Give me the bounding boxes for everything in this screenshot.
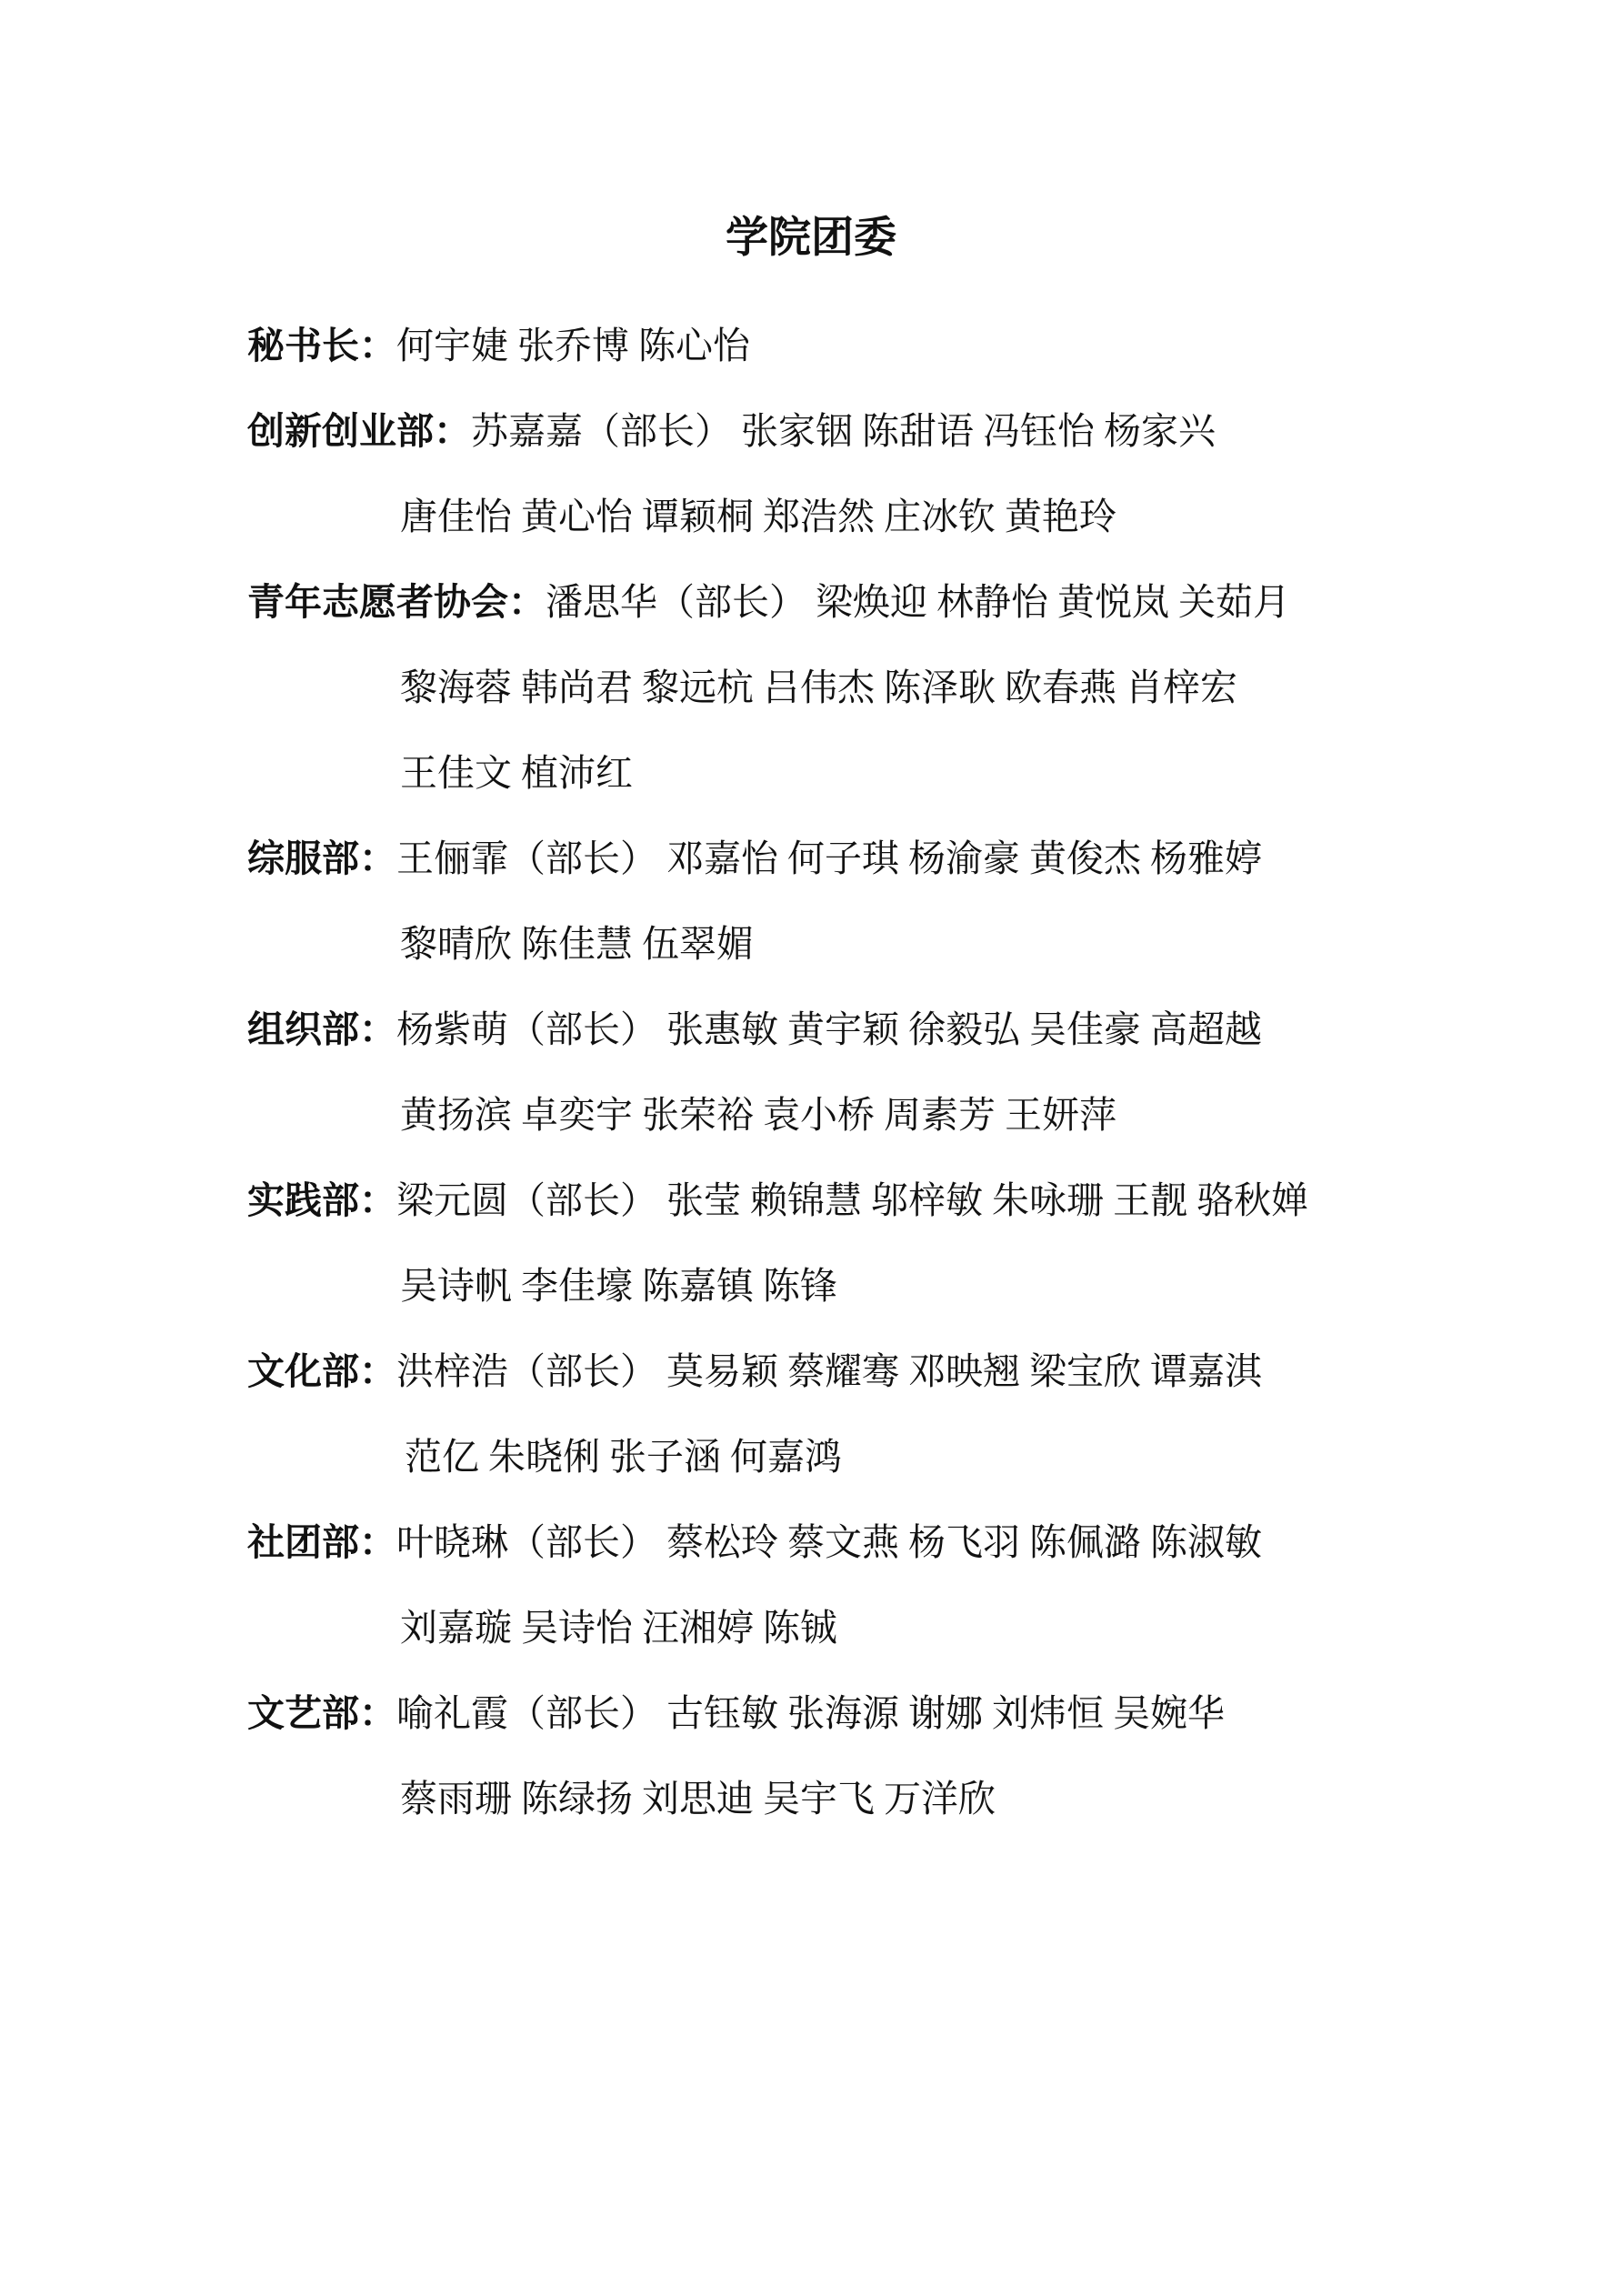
member-names: 喻礼霞（部长）古钰敏张海源谢娜刘炜恒吴婉华 bbox=[396, 1691, 1225, 1735]
member-names: 黎海蓉韩尚君黎远杭吕伟杰陈泽耿欧春燕肖梓宏 bbox=[400, 666, 1237, 709]
member-names: 王佳文植沛红 bbox=[400, 751, 633, 795]
member-name: 杨渝豪 bbox=[899, 837, 1020, 880]
member-name: 植沛红 bbox=[512, 751, 633, 795]
member-name: 徐毅弘 bbox=[899, 1008, 1020, 1051]
member-name: 黄俊杰 bbox=[1020, 837, 1141, 880]
member-name: 杨家兴 bbox=[1095, 409, 1216, 453]
section-continuation-line: 蔡雨珊陈绿扬刘思迪吴宇飞万洋欣 bbox=[400, 1776, 996, 1821]
section-line: 实践部：梁元圆（部长）张莹赖锦慧邬梓敏朱咏珊王靓骆秋婵 bbox=[247, 1178, 1308, 1223]
section-line: 组织部：杨紫萌（部长）张惠敏黄宇颖徐毅弘吴佳豪高超越 bbox=[247, 1007, 1262, 1052]
member-name: 吕伟杰 bbox=[754, 666, 875, 709]
member-name: 关茹月 bbox=[1169, 580, 1290, 624]
member-name: 郑浩然 bbox=[754, 495, 875, 538]
member-name: 王佳文 bbox=[400, 751, 512, 795]
member-name: 陈锋 bbox=[754, 1264, 837, 1308]
section-line: 秘书长：何宇婕张乔博陈心怡 bbox=[247, 323, 750, 368]
member-name: 谢娜 bbox=[899, 1691, 983, 1735]
member-name: 高超越 bbox=[1141, 1008, 1262, 1051]
member-name: 蔡雨珊 bbox=[400, 1777, 512, 1820]
member-name: 欧春燕 bbox=[996, 666, 1116, 709]
section-label: 青年志愿者协会： bbox=[247, 580, 546, 624]
section-label: 社团部： bbox=[247, 1520, 396, 1564]
member-name: 朱咏珊 bbox=[983, 1178, 1104, 1222]
member-name: 陈心怡 bbox=[629, 324, 750, 367]
member-name: 王妍萍 bbox=[996, 1093, 1116, 1137]
member-name: 伍翠媚 bbox=[633, 922, 754, 966]
member-name: 何子琪 bbox=[778, 837, 899, 880]
member-name: 谭颖桐 bbox=[633, 495, 754, 538]
section-line: 文艺部：喻礼霞（部长）古钰敏张海源谢娜刘炜恒吴婉华 bbox=[247, 1690, 1225, 1736]
section-label: 创新创业部： bbox=[247, 409, 471, 453]
member-name: 黎远杭 bbox=[633, 666, 754, 709]
member-names: 蔡雨珊陈绿扬刘思迪吴宇飞万洋欣 bbox=[400, 1777, 996, 1820]
page-title: 学院团委 bbox=[0, 213, 1622, 264]
member-name: 蔡耀骞 bbox=[778, 1349, 899, 1393]
section-continuation-line: 王佳文植沛红 bbox=[400, 750, 633, 796]
section-label: 文艺部： bbox=[247, 1691, 396, 1735]
member-name: 梁宝欣 bbox=[1020, 1349, 1141, 1393]
member-name-head: 喻礼霞（部长） bbox=[396, 1691, 657, 1735]
member-name: 杨飞羽 bbox=[899, 1520, 1020, 1564]
member-name: 刘炜恒 bbox=[983, 1691, 1104, 1735]
member-name: 刘思迪 bbox=[633, 1777, 754, 1820]
member-name: 陈泽耿 bbox=[875, 666, 996, 709]
member-name: 冯钰怡 bbox=[974, 409, 1095, 453]
section-continuation-line: 黎海蓉韩尚君黎远杭吕伟杰陈泽耿欧春燕肖梓宏 bbox=[400, 665, 1237, 710]
member-name-head: 梁元圆（部长） bbox=[396, 1178, 657, 1222]
document-page: 学院团委 秘书长：何宇婕张乔博陈心怡创新创业部：苏嘉嘉（部长）张家铟陈甜语冯钰怡… bbox=[0, 0, 1622, 2296]
member-name: 唐佳怡 bbox=[400, 495, 512, 538]
section-continuation-line: 唐佳怡黄心怡谭颖桐郑浩然庄冰钦黄艳玲 bbox=[400, 494, 1116, 539]
section-continuation-line: 黄扬滨卓奕宇张荣裕袁小桥周素芳王妍萍 bbox=[400, 1092, 1116, 1138]
section-label: 组织部： bbox=[247, 1008, 396, 1051]
member-name: 卓奕宇 bbox=[512, 1093, 633, 1137]
member-name-head: 潘思华（部长） bbox=[546, 580, 806, 624]
member-name: 万洋欣 bbox=[875, 1777, 996, 1820]
member-name: 周素芳 bbox=[875, 1093, 996, 1137]
member-name: 王靓 bbox=[1104, 1178, 1187, 1222]
member-names: 黎晴欣陈佳慧伍翠媚 bbox=[400, 922, 754, 966]
member-name: 吴诗帆 bbox=[400, 1264, 512, 1308]
member-name: 陈佳慧 bbox=[512, 922, 633, 966]
member-name: 陈淑敏 bbox=[1141, 1520, 1262, 1564]
member-name: 黎晴欣 bbox=[400, 922, 512, 966]
member-name: 张惠敏 bbox=[657, 1008, 778, 1051]
section-label: 综服部： bbox=[247, 837, 396, 880]
section-label: 文化部： bbox=[247, 1349, 396, 1393]
member-name: 张子涵 bbox=[600, 1435, 721, 1479]
member-name: 陈甜语 bbox=[853, 409, 974, 453]
member-name: 陈绿扬 bbox=[512, 1777, 633, 1820]
section-label: 实践部： bbox=[247, 1178, 396, 1222]
member-name: 何嘉鸿 bbox=[721, 1435, 842, 1479]
section-line: 文化部：洪梓浩（部长）莫易颖蔡耀骞邓映翘梁宝欣谭嘉淇 bbox=[247, 1349, 1262, 1394]
member-name: 林静怡 bbox=[927, 580, 1048, 624]
section-line: 创新创业部：苏嘉嘉（部长）张家铟陈甜语冯钰怡杨家兴 bbox=[247, 408, 1216, 454]
member-name: 邬梓敏 bbox=[862, 1178, 983, 1222]
member-names: 吴诗帆李佳壕陈嘉镇陈锋 bbox=[400, 1264, 837, 1308]
member-name: 谭嘉淇 bbox=[1141, 1349, 1262, 1393]
section-continuation-line: 刘嘉璇吴诗怡汪湘婷陈铖 bbox=[400, 1605, 837, 1650]
member-name: 汪湘婷 bbox=[633, 1606, 754, 1649]
member-names: 范亿朱晓俐张子涵何嘉鸿 bbox=[405, 1435, 842, 1479]
member-names: 梁元圆（部长）张莹赖锦慧邬梓敏朱咏珊王靓骆秋婵 bbox=[396, 1178, 1308, 1222]
member-name: 肖梓宏 bbox=[1116, 666, 1237, 709]
member-name: 陈嘉镇 bbox=[633, 1264, 754, 1308]
member-name: 杨雅婷 bbox=[1141, 837, 1262, 880]
member-name: 吴婉华 bbox=[1104, 1691, 1225, 1735]
section-line: 综服部：王俪霏（部长）邓嘉怡何子琪杨渝豪黄俊杰杨雅婷 bbox=[247, 836, 1262, 881]
member-names: 王俪霏（部长）邓嘉怡何子琪杨渝豪黄俊杰杨雅婷 bbox=[396, 837, 1262, 880]
member-name: 袁小桥 bbox=[754, 1093, 875, 1137]
member-name: 刘嘉璇 bbox=[400, 1606, 512, 1649]
member-name: 韩尚君 bbox=[512, 666, 633, 709]
member-names: 杨紫萌（部长）张惠敏黄宇颖徐毅弘吴佳豪高超越 bbox=[396, 1008, 1262, 1051]
member-names: 洪梓浩（部长）莫易颖蔡耀骞邓映翘梁宝欣谭嘉淇 bbox=[396, 1349, 1262, 1393]
section-label: 秘书长： bbox=[247, 324, 396, 367]
member-name: 张荣裕 bbox=[633, 1093, 754, 1137]
section-continuation-line: 黎晴欣陈佳慧伍翠媚 bbox=[400, 921, 754, 967]
member-names: 苏嘉嘉（部长）张家铟陈甜语冯钰怡杨家兴 bbox=[471, 409, 1216, 453]
member-names: 何宇婕张乔博陈心怡 bbox=[396, 324, 750, 367]
member-name: 黄扬滨 bbox=[400, 1093, 512, 1137]
member-name: 陈铖 bbox=[754, 1606, 837, 1649]
member-names: 叶晓琳（部长）蔡松玲蔡文燕杨飞羽陈佩潞陈淑敏 bbox=[396, 1520, 1262, 1564]
member-name: 何宇婕 bbox=[396, 324, 508, 367]
member-name: 邓映翘 bbox=[899, 1349, 1020, 1393]
member-name: 李佳壕 bbox=[512, 1264, 633, 1308]
member-name: 古钰敏 bbox=[657, 1691, 778, 1735]
section-continuation-line: 范亿朱晓俐张子涵何嘉鸿 bbox=[405, 1434, 842, 1479]
member-name: 吴诗怡 bbox=[512, 1606, 633, 1649]
member-name-head: 叶晓琳（部长） bbox=[396, 1520, 657, 1564]
member-name: 吴宇飞 bbox=[754, 1777, 875, 1820]
member-names: 潘思华（部长）梁焕迎林静怡黄悦岚关茹月 bbox=[546, 580, 1290, 624]
section-line: 青年志愿者协会：潘思华（部长）梁焕迎林静怡黄悦岚关茹月 bbox=[247, 579, 1290, 625]
section-line: 社团部：叶晓琳（部长）蔡松玲蔡文燕杨飞羽陈佩潞陈淑敏 bbox=[247, 1519, 1262, 1565]
member-name: 庄冰钦 bbox=[875, 495, 996, 538]
member-name: 黄宇颖 bbox=[778, 1008, 899, 1051]
member-name: 蔡文燕 bbox=[778, 1520, 899, 1564]
member-name: 吴佳豪 bbox=[1020, 1008, 1141, 1051]
member-name: 张家铟 bbox=[732, 409, 853, 453]
member-name: 陈佩潞 bbox=[1020, 1520, 1141, 1564]
member-names: 黄扬滨卓奕宇张荣裕袁小桥周素芳王妍萍 bbox=[400, 1093, 1116, 1137]
member-names: 刘嘉璇吴诗怡汪湘婷陈铖 bbox=[400, 1606, 837, 1649]
member-name-head: 王俪霏（部长） bbox=[396, 837, 657, 880]
member-names: 唐佳怡黄心怡谭颖桐郑浩然庄冰钦黄艳玲 bbox=[400, 495, 1116, 538]
member-name: 莫易颖 bbox=[657, 1349, 778, 1393]
member-name: 朱晓俐 bbox=[479, 1435, 600, 1479]
member-name-head: 杨紫萌（部长） bbox=[396, 1008, 657, 1051]
member-name: 黄艳玲 bbox=[996, 495, 1116, 538]
member-name: 邓嘉怡 bbox=[657, 837, 778, 880]
member-name: 范亿 bbox=[405, 1435, 479, 1479]
member-name: 蔡松玲 bbox=[657, 1520, 778, 1564]
member-name: 张海源 bbox=[778, 1691, 899, 1735]
member-name: 张乔博 bbox=[508, 324, 629, 367]
member-name-head: 苏嘉嘉（部长） bbox=[471, 409, 732, 453]
member-name: 张莹 bbox=[657, 1178, 741, 1222]
member-name: 骆秋婵 bbox=[1187, 1178, 1308, 1222]
member-name: 黄悦岚 bbox=[1048, 580, 1169, 624]
member-name-head: 洪梓浩（部长） bbox=[396, 1349, 657, 1393]
member-name: 梁焕迎 bbox=[806, 580, 927, 624]
member-name: 黎海蓉 bbox=[400, 666, 512, 709]
member-name: 黄心怡 bbox=[512, 495, 633, 538]
member-name: 赖锦慧 bbox=[741, 1178, 862, 1222]
section-continuation-line: 吴诗帆李佳壕陈嘉镇陈锋 bbox=[400, 1263, 837, 1308]
